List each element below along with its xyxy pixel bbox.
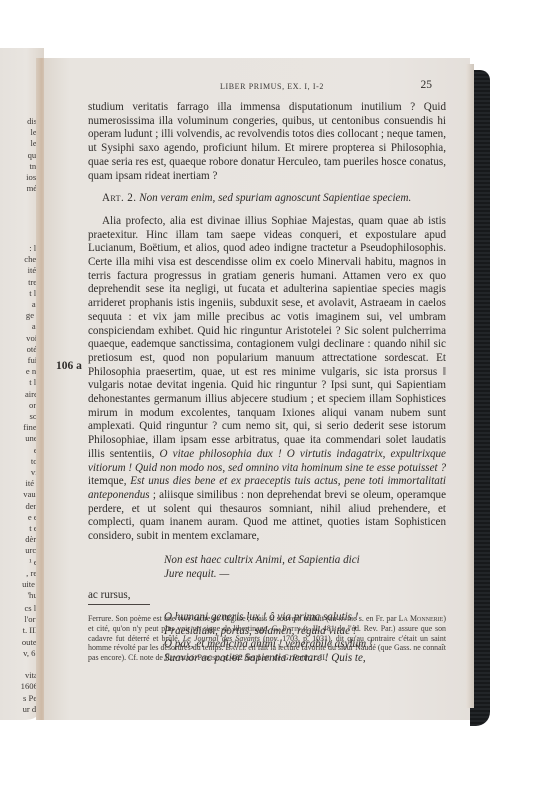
footnote-name: Reveillé-Parise bbox=[165, 653, 219, 662]
article-label: Art. 2. bbox=[102, 192, 136, 204]
page-edges bbox=[466, 64, 474, 708]
footnote-work: Lett. de G. Patin bbox=[257, 653, 309, 662]
footnote-journal: Le Journal des Savants bbox=[183, 634, 260, 643]
page-number: 25 bbox=[421, 79, 433, 91]
verse-block-1: Non est haec cultrix Animi, et Sapientia… bbox=[164, 554, 446, 581]
footnote: Ferrure. Son poème est une vive satire d… bbox=[88, 614, 446, 663]
verse-line: Non est haec cultrix Animi, et Sapientia… bbox=[164, 554, 446, 568]
footnote-text: , t. II. bbox=[310, 653, 327, 662]
body-text: studium veritatis farrago illa immensa d… bbox=[88, 101, 446, 666]
footnote-text: , p. 482 des bbox=[219, 653, 257, 662]
verse-line: Jure nequit. — bbox=[164, 568, 446, 582]
footnote-text: e s. en Fr. par bbox=[353, 614, 399, 623]
interlude-text: ac rursus, bbox=[88, 589, 446, 603]
paragraph-main: Alia profecto, alia est divinae illius S… bbox=[88, 215, 446, 544]
paragraph-continuation: studium veritatis farrago illa immensa d… bbox=[88, 101, 446, 183]
book-page: LIBER PRIMUS, EX. I, I-2 25 studium veri… bbox=[44, 58, 470, 720]
article-heading: Art. 2. Non veram enim, sed spuriam agno… bbox=[88, 192, 446, 206]
paragraph-text: itemque, bbox=[88, 475, 130, 487]
footnote-name: Bayle bbox=[226, 643, 247, 652]
article-title: Non veram enim, sed spuriam agnoscunt Sa… bbox=[139, 192, 411, 204]
footnote-text: Ferrure. Son poème est une vive satire d… bbox=[88, 614, 338, 623]
footnote-divider bbox=[88, 604, 150, 605]
margin-reference: 106 a bbox=[56, 360, 82, 372]
footnote-century: xviii bbox=[338, 614, 353, 623]
footnote-name: La Monnerie bbox=[399, 614, 444, 623]
running-head: LIBER PRIMUS, EX. I, I-2 bbox=[220, 82, 324, 91]
paragraph-text: Alia profecto, alia est divinae illius S… bbox=[88, 215, 446, 460]
footnote-name: G. Patin bbox=[272, 624, 301, 633]
